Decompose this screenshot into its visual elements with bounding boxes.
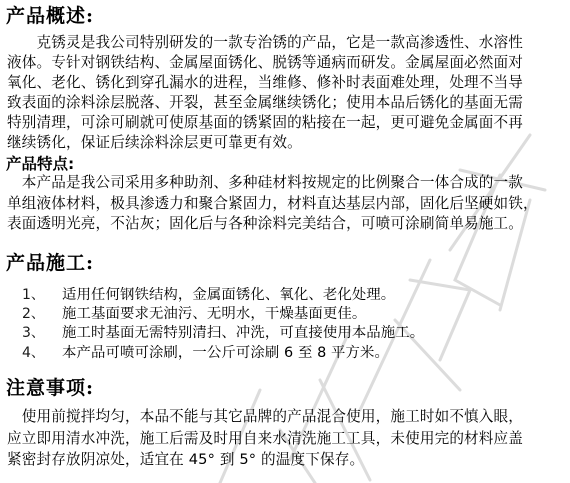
features-line: 表面透明光亮，不沾灰；固化后与各种涂料完美结合，可喷可涂刷简单易施工。 [7,214,523,234]
overview-line: 克锈灵是我公司特别研发的一款专治锈的产品，它是一款高渗透性、水溶性 [7,33,523,53]
notes-line: 紧密封存放阴凉处，适宜在 45° 到 5° 的温度下保存。 [7,450,364,470]
list-item: 适用任何钢铁结构，金属面锈化、氧化、老化处理。 [62,286,395,305]
list-number: 3、 [22,324,45,343]
features-heading: 产品特点: [6,155,74,173]
overview-line: 继续锈化，保证后续涂料涂层更可靠更有效。 [7,133,302,153]
list-number: 1、 [22,286,45,305]
construction-heading: 产品施工: [6,252,94,274]
product-document: 产品概述: 克锈灵是我公司特别研发的一款专治锈的产品，它是一款高渗透性、水溶性 … [0,0,570,483]
list-item: 本产品可喷可涂刷，一公斤可涂刷 6 至 8 平方米。 [62,344,389,363]
overview-line: 氧化、老化、锈化到穿孔漏水的进程，当维修、修补时表面难处理，处理不当导 [7,73,523,93]
overview-line: 致表面的涂料涂层脱落、开裂，甚至金属继续锈化；使用本品后锈化的基面无需 [7,93,523,113]
features-line: 本产品是我公司采用多种助剂、多种硅材料按规定的比例聚合一体合成的一款 [7,173,523,193]
list-item: 施工基面要求无油污、无明水，干燥基面更佳。 [62,305,366,324]
list-number: 2、 [22,305,45,324]
overview-line: 液体。专针对钢铁结构、金属屋面锈化、脱锈等通病而研发。金属屋面必然面对 [7,53,523,73]
features-line: 单组液体材料，极具渗透力和聚合紧固力，材料直达基层内部，固化后坚硬如铁， [7,194,538,214]
list-number: 4、 [22,344,45,363]
notes-line: 使用前搅拌均匀，本品不能与其它品牌的产品混合使用，施工时如不慎入眼， [7,407,523,427]
notes-line: 应立即用清水冲洗，施工后需及时用自来水清洗施工工具，未使用完的材料应盖 [7,429,523,449]
list-item: 施工时基面无需特别清扫、冲洗，可直接使用本品施工。 [62,324,424,343]
notes-heading: 注意事项: [6,377,94,399]
overview-line: 特别清理，可涂可刷就可使原基面的锈紧固的粘接在一起，更可避免金属面不再 [7,113,523,133]
overview-heading: 产品概述: [6,5,94,27]
